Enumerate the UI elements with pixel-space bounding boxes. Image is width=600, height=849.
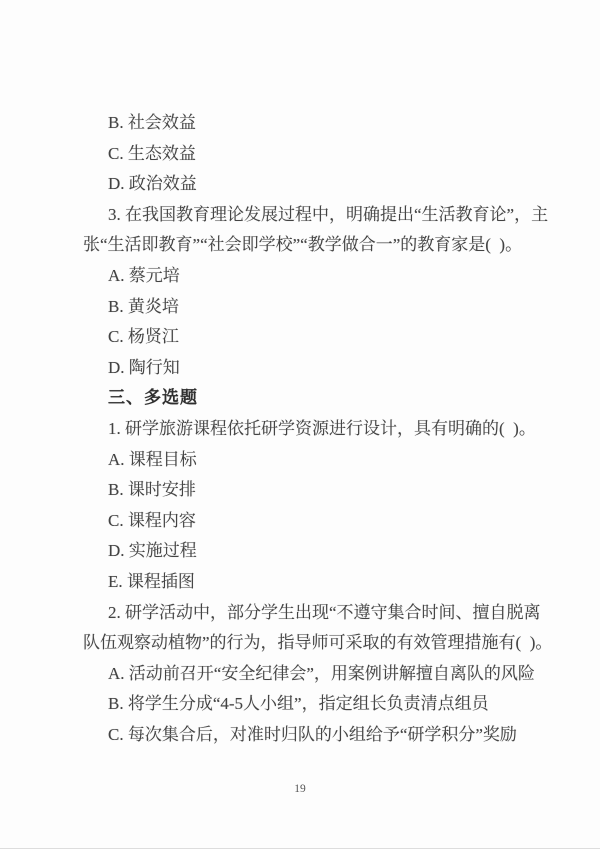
- option-line: D. 政治效益: [83, 169, 567, 200]
- question3-stem-line1: 3. 在我国教育理论发展过程中，明确提出“生活教育论”，主: [83, 200, 567, 231]
- multi-question1-stem: 1. 研学旅游课程依托研学资源进行设计，具有明确的( )。: [83, 414, 567, 445]
- option-line: C. 每次集合后，对准时归队的小组给予“研学积分”奖励: [83, 720, 567, 751]
- option-line: D. 陶行知: [83, 353, 567, 384]
- document-page: B. 社会效益 C. 生态效益 D. 政治效益 3. 在我国教育理论发展过程中，…: [0, 0, 600, 849]
- multi-question2-stem-line1: 2. 研学活动中，部分学生出现“不遵守集合时间、擅自脱离: [83, 598, 567, 629]
- option-line: B. 黄炎培: [83, 292, 567, 323]
- multi-question2-stem-line2: 队伍观察动植物”的行为，指导师可采取的有效管理措施有( )。: [83, 628, 567, 659]
- section-heading: 三、多选题: [83, 383, 567, 414]
- option-line: C. 生态效益: [83, 139, 567, 170]
- option-line: B. 课时安排: [83, 475, 567, 506]
- option-line: B. 将学生分成“4-5人小组”，指定组长负责清点组员: [83, 689, 567, 720]
- option-line: C. 杨贤江: [83, 322, 567, 353]
- page-number: 19: [0, 783, 600, 795]
- option-line: A. 蔡元培: [83, 261, 567, 292]
- question3-stem-line2: 张“生活即教育”“社会即学校”“教学做合一”的教育家是( )。: [83, 230, 567, 261]
- option-line: C. 课程内容: [83, 506, 567, 537]
- option-line: B. 社会效益: [83, 108, 567, 139]
- option-line: A. 课程目标: [83, 445, 567, 476]
- text-block: B. 社会效益 C. 生态效益 D. 政治效益 3. 在我国教育理论发展过程中，…: [83, 108, 567, 750]
- option-line: D. 实施过程: [83, 536, 567, 567]
- option-line: E. 课程插图: [83, 567, 567, 598]
- option-line: A. 活动前召开“安全纪律会”，用案例讲解擅自离队的风险: [83, 659, 567, 690]
